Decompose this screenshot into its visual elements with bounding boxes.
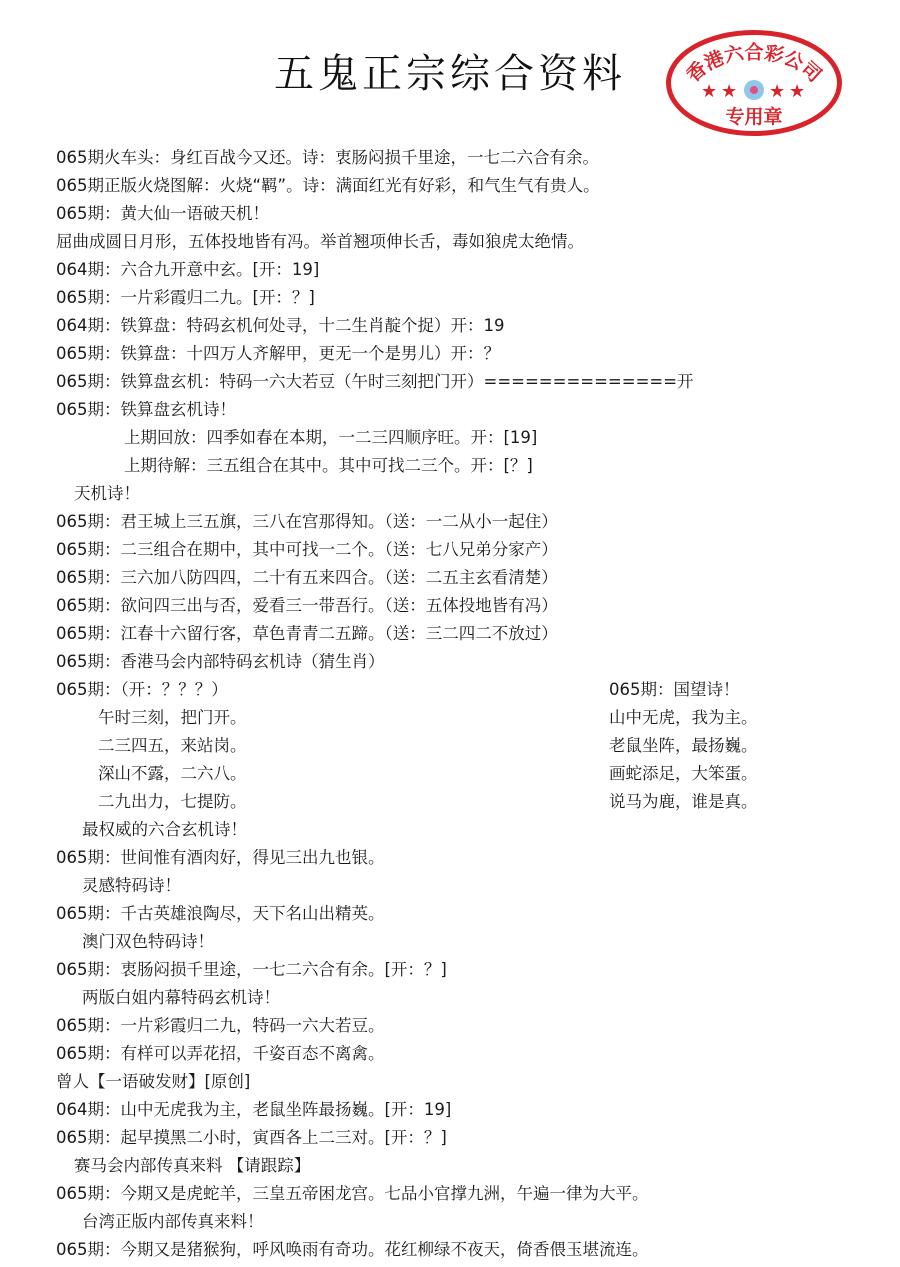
seal-bottom-text: 专用章 [725,105,782,128]
text-line: 065期：今期又是猪猴狗，呼风唤雨有奇功。花红柳绿不夜天，倚香偎玉堪流连。 [56,1238,649,1262]
text-line: 065期：欲问四三出与否，爱看三一带吾行。（送：五体投地皆有冯） [56,594,558,618]
text-line: 065期：一片彩霞归二九。[开：？] [56,286,315,310]
text-line: 065期：起早摸黑二小时，寅酉各上二三对。[开：？] [56,1126,447,1150]
text-line: 065期：江春十六留行客，草色青青二五蹄。（送：三二四二不放过） [56,622,558,646]
side-poem-line: 老鼠坐阵，最扬巍。 [609,734,758,758]
section-heading: 两版白姐内幕特码玄机诗！ [82,986,280,1010]
text-line: 065期：铁算盘：十四万人齐解甲，更无一个是男儿）开：？ [56,342,500,366]
text-line: 064期：六合九开意中玄。[开：19] [56,258,319,282]
text-line: 065期：有样可以弄花招，千姿百态不离禽。 [56,1042,385,1066]
section-heading: 台湾正版内部传真来料！ [82,1210,264,1234]
text-line: 065期：衷肠闷损千里途，一七二六合有余。[开：？] [56,958,447,982]
text-line: 065期正版火烧图解：火烧“羁”。诗：满面红光有好彩，和气生气有贵人。 [56,174,600,198]
svg-text:★: ★ [721,81,737,102]
flower-icon [744,80,764,100]
side-poem-line: 画蛇添足，大笨蛋。 [609,762,758,786]
side-poem-line: 说马为鹿，谁是真。 [609,790,758,814]
text-line: 上期待解：三五组合在其中。其中可找二三个。开：[？] [124,454,533,478]
text-line: 065期：三六加八防四四，二十有五来四合。（送：二五主玄看清楚） [56,566,558,590]
text-line: 064期：铁算盘：特码玄机何处寻，十二生肖靛个捉）开：19 [56,314,505,338]
poem-line: 二三四五，来站岗。 [98,734,247,758]
company-seal-stamp: 香港六合彩公司 ★ ★ ★ ★ 专用章 [666,30,842,136]
text-line: 065期：二三组合在期中，其中可找一二个。（送：七八兄弟分家产） [56,538,558,562]
section-heading: 天机诗！ [74,482,140,506]
section-heading: 赛马会内部传真来料 【请跟踪】 [74,1154,310,1178]
text-line: 065期：世间惟有酒肉好，得见三出九也银。 [56,846,385,870]
svg-text:★: ★ [769,81,785,102]
text-line: 065期火车头：身红百战今又还。诗：衷肠闷损千里途，一七二六合有余。 [56,146,599,170]
text-line: 065期：今期又是虎蛇羊，三皇五帝困龙宫。七品小官撑九洲，午遍一律为大平。 [56,1182,649,1206]
poem-line: 二九出力，七提防。 [98,790,247,814]
seal-icon: 香港六合彩公司 ★ ★ ★ ★ 专用章 [671,35,837,131]
text-line: 上期回放：四季如春在本期，一二三四顺序旺。开：[19] [124,426,537,450]
svg-text:★: ★ [701,81,717,102]
text-line: 065期：黄大仙一语破天机！ [56,202,269,226]
text-line: 065期：铁算盘玄机诗！ [56,398,236,422]
section-heading: 灵感特码诗！ [82,874,181,898]
svg-text:★: ★ [789,81,805,102]
text-line: 065期：香港马会内部特码玄机诗（猜生肖） [56,650,385,674]
poem-line: 深山不露，二六八。 [98,762,247,786]
text-line: 065期：（开：？？？） [56,678,228,702]
text-line: 064期：山中无虎我为主，老鼠坐阵最扬巍。[开：19] [56,1098,451,1122]
side-poem-header: 065期：国望诗！ [609,678,740,702]
poem-line: 午时三刻，把门开。 [98,706,247,730]
side-poem-line: 山中无虎，我为主。 [609,706,758,730]
text-line: 065期：千古英雄浪陶尽，天下名山出精英。 [56,902,385,926]
section-heading: 曾人【一语破发财】[原创] [56,1070,250,1094]
text-line: 065期：君王城上三五旗，三八在宫那得知。（送：一二从小一起住） [56,510,558,534]
text-line: 065期：一片彩霞归二九，特码一六大若豆。 [56,1014,385,1038]
seal-top-text: 香港六合彩公司 [682,41,826,87]
text-line: 065期：铁算盘玄机：特码一六大若豆（午时三刻把门开）=============… [56,370,694,394]
section-heading: 澳门双色特码诗！ [82,930,214,954]
text-line: 屈曲成圆日月形，五体投地皆有冯。举首翘项伸长舌，毒如狼虎太绝情。 [56,230,584,254]
svg-text:香港六合彩公司: 香港六合彩公司 [682,41,826,87]
section-heading: 最权威的六合玄机诗！ [82,818,247,842]
